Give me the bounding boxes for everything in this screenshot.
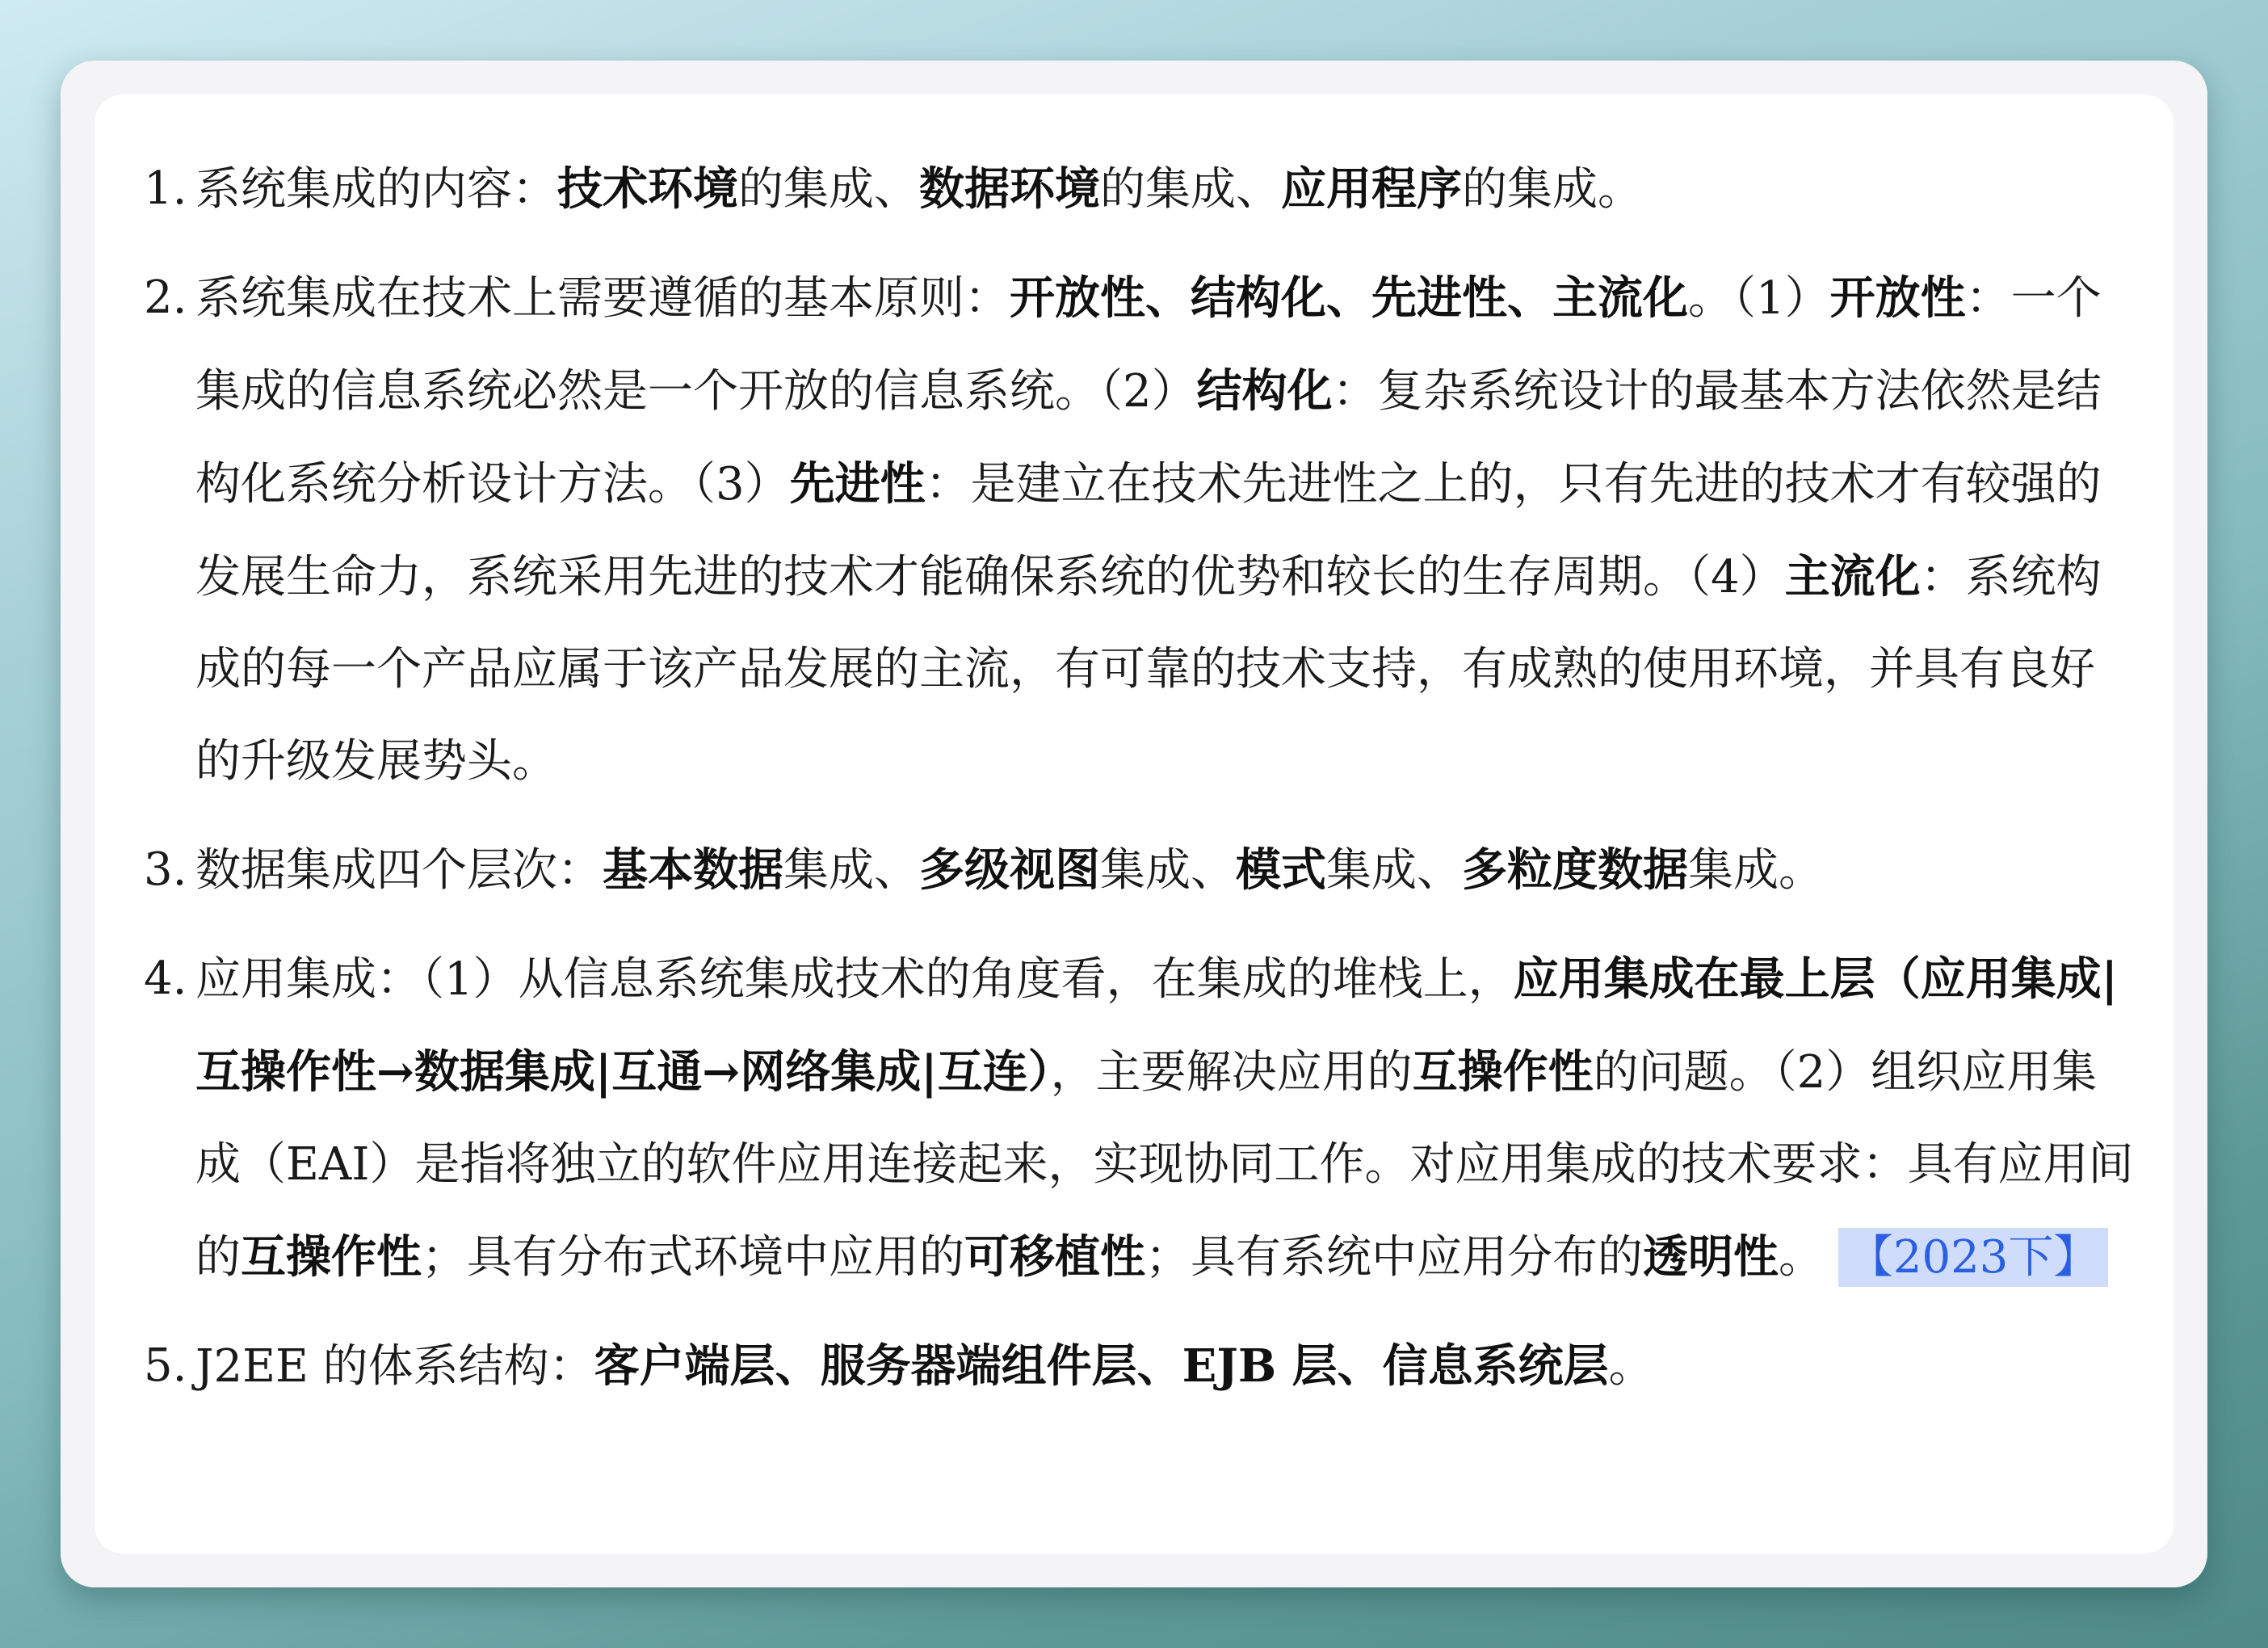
notes-list: 1. 系统集成的内容：技术环境的集成、数据环境的集成、应用程序的集成。 2. 系… <box>144 143 2139 1429</box>
item-number: 3. <box>144 824 187 916</box>
text: 系统集成的内容： <box>195 163 557 216</box>
text: J2EE 的体系结构： <box>195 1340 594 1393</box>
keyword: 客户端层、服务器端组件层、EJB 层、信息系统层 <box>594 1339 1609 1393</box>
text: 。 <box>1609 1340 1654 1393</box>
item-number: 1. <box>144 143 187 235</box>
keyword: 互操作性 <box>241 1230 422 1284</box>
keyword: 多粒度数据 <box>1462 843 1688 897</box>
text: 数据集成四个层次： <box>195 844 603 897</box>
keyword: 技术环境 <box>557 162 738 216</box>
content-card: 1. 系统集成的内容：技术环境的集成、数据环境的集成、应用程序的集成。 2. 系… <box>94 95 2173 1553</box>
list-item-4: 4. 应用集成：（1）从信息系统集成技术的角度看，在集成的堆栈上，应用集成在最上… <box>144 933 2139 1304</box>
item-number: 2. <box>144 252 187 344</box>
text: ；具有系统中应用分布的 <box>1145 1231 1643 1284</box>
keyword: 透明性 <box>1643 1230 1779 1284</box>
exam-year-tag: 【2023下】 <box>1838 1228 2109 1287</box>
text: 。 <box>1779 1231 1824 1284</box>
list-item-3: 3. 数据集成四个层次：基本数据集成、多级视图集成、模式集成、多粒度数据集成。 <box>144 824 2139 917</box>
text: 的集成。 <box>1462 163 1643 216</box>
keyword: 可移植性 <box>964 1230 1145 1284</box>
text: 的集成、 <box>1100 163 1281 216</box>
keyword: 结构化 <box>1197 364 1333 418</box>
item-number: 4. <box>144 933 187 1025</box>
keyword: 先进性 <box>790 457 926 511</box>
keyword: 多级视图 <box>919 843 1100 897</box>
keyword: 主流化 <box>1785 550 1921 603</box>
keyword: 开放性 <box>1830 271 1966 325</box>
text: ；具有分布式环境中应用的 <box>422 1231 964 1284</box>
outer-card: 1. 系统集成的内容：技术环境的集成、数据环境的集成、应用程序的集成。 2. 系… <box>61 61 2207 1587</box>
text: 应用集成：（1）从信息系统集成技术的角度看，在集成的堆栈上， <box>195 953 1514 1006</box>
keyword: 基本数据 <box>603 843 783 897</box>
list-item-5: 5. J2EE 的体系结构：客户端层、服务器端组件层、EJB 层、信息系统层。 <box>144 1320 2139 1413</box>
keyword: 应用程序 <box>1281 162 1462 216</box>
list-item-2: 2. 系统集成在技术上需要遵循的基本原则：开放性、结构化、先进性、主流化。（1）… <box>144 252 2139 808</box>
keyword: 互操作性 <box>1413 1045 1594 1099</box>
text: 集成、 <box>783 844 919 897</box>
item-number: 5. <box>144 1320 187 1412</box>
keyword: 开放性、结构化、先进性、主流化 <box>1010 271 1688 325</box>
keyword: 模式 <box>1236 843 1326 897</box>
keyword: 数据环境 <box>919 162 1100 216</box>
text: 集成。 <box>1688 844 1824 897</box>
text: 集成、 <box>1100 844 1236 897</box>
text: 的集成、 <box>738 163 919 216</box>
text: ，主要解决应用的 <box>1051 1046 1413 1099</box>
text: 系统集成在技术上需要遵循的基本原则： <box>195 272 1010 325</box>
text: 集成、 <box>1326 844 1462 897</box>
list-item-1: 1. 系统集成的内容：技术环境的集成、数据环境的集成、应用程序的集成。 <box>144 143 2139 236</box>
text: 。（1） <box>1688 272 1830 325</box>
